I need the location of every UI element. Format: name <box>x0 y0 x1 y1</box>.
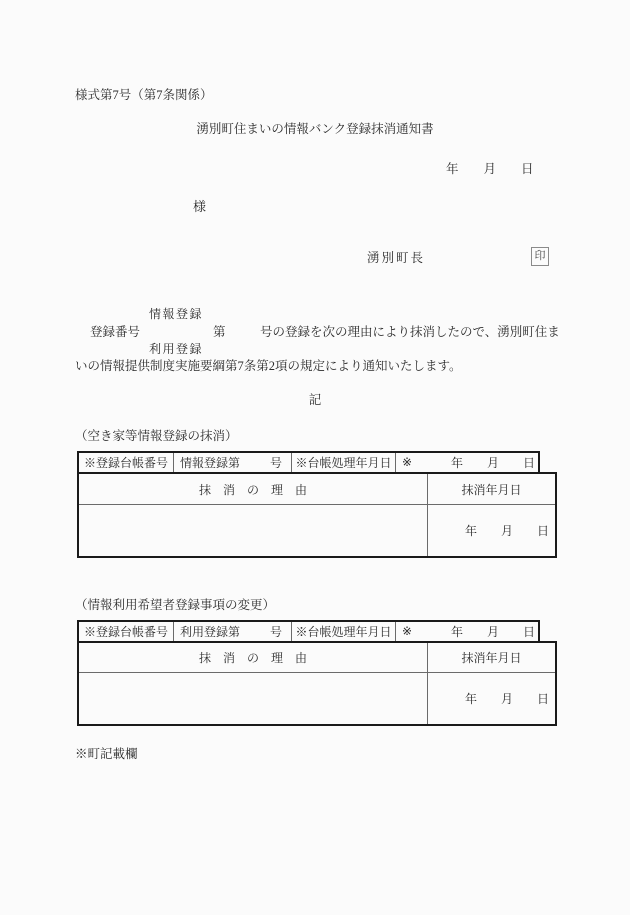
record-heading: 記 <box>0 393 630 408</box>
table2-header-date-blank: 年 月 日 <box>412 623 538 640</box>
table1-header-date-cell: ※ 年 月 日 <box>396 453 538 472</box>
table1-header-row: ※登録台帳番号 情報登録第 号 ※台帳処理年月日 ※ 年 月 日 <box>77 451 540 474</box>
table2-erasure-date-blank: 年 月 日 <box>428 673 555 724</box>
table1-erasure-date-blank: 年 月 日 <box>428 505 555 556</box>
document-title: 湧別町住まいの情報バンク登録抹消通知書 <box>0 122 630 137</box>
table1-erasure-date-header: 抹消年月日 <box>428 474 555 505</box>
table1-number-suffix: 号 <box>270 454 282 471</box>
table1-registration-number-cell: 情報登録第 号 <box>174 453 292 472</box>
issue-date-line: 年 月 日 <box>446 162 534 177</box>
document-page: 様式第7号（第7条関係） 湧別町住まいの情報バンク登録抹消通知書 年 月 日 様… <box>0 0 630 915</box>
section-caption-vacant-house: （空き家等情報登録の抹消） <box>75 429 238 444</box>
section-caption-information-user: （情報利用希望者登録事項の変更） <box>75 598 275 613</box>
table2-reason-header: 抹 消 の 理 由 <box>79 643 428 673</box>
registration-type-choice-bottom: 利用登録 <box>149 342 203 356</box>
table1-header-date-blank: 年 月 日 <box>412 454 538 471</box>
table1-town-use-mark: ※ <box>402 455 412 470</box>
mayor-seal-stamp: 印 <box>531 247 549 266</box>
table2-reason-blank-cell <box>79 673 428 724</box>
mayor-label: 湧別町長 <box>367 251 425 266</box>
table2-header-row: ※登録台帳番号 利用登録第 号 ※台帳処理年月日 ※ 年 月 日 <box>77 620 540 643</box>
table2-town-use-mark: ※ <box>402 624 412 639</box>
table2-ledger-number-header: ※登録台帳番号 <box>79 622 174 641</box>
table2-erasure-date-header: 抹消年月日 <box>428 643 555 673</box>
table1-registration-label: 情報登録第 <box>180 454 240 471</box>
table2-registration-label: 利用登録第 <box>180 623 240 640</box>
table1-reason-header: 抹 消 の 理 由 <box>79 474 428 505</box>
table1-processing-date-header: ※台帳処理年月日 <box>292 453 396 472</box>
table1-body: 抹 消 の 理 由 抹消年月日 年 月 日 <box>77 472 557 558</box>
registration-type-choice-top: 情報登録 <box>149 307 203 321</box>
addressee-honorific: 様 <box>193 199 206 215</box>
body-line-2: いの情報提供制度実施要綱第7条第2項の規定により通知いたします。 <box>75 359 462 374</box>
table2-body: 抹 消 の 理 由 抹消年月日 年 月 日 <box>77 641 557 726</box>
registration-number-label: 登録番号 <box>90 325 140 340</box>
number-prefix-label: 第 <box>213 325 226 340</box>
table1-ledger-number-header: ※登録台帳番号 <box>79 453 174 472</box>
form-number-label: 様式第7号（第7条関係） <box>75 88 213 103</box>
footer-note: ※町記載欄 <box>75 747 138 762</box>
body-line-1: 号の登録を次の理由により抹消したので、湧別町住ま <box>260 325 560 340</box>
table2-header-date-cell: ※ 年 月 日 <box>396 622 538 641</box>
table2-processing-date-header: ※台帳処理年月日 <box>292 622 396 641</box>
table2-registration-number-cell: 利用登録第 号 <box>174 622 292 641</box>
table1-reason-blank-cell <box>79 505 428 556</box>
table2-number-suffix: 号 <box>270 623 282 640</box>
